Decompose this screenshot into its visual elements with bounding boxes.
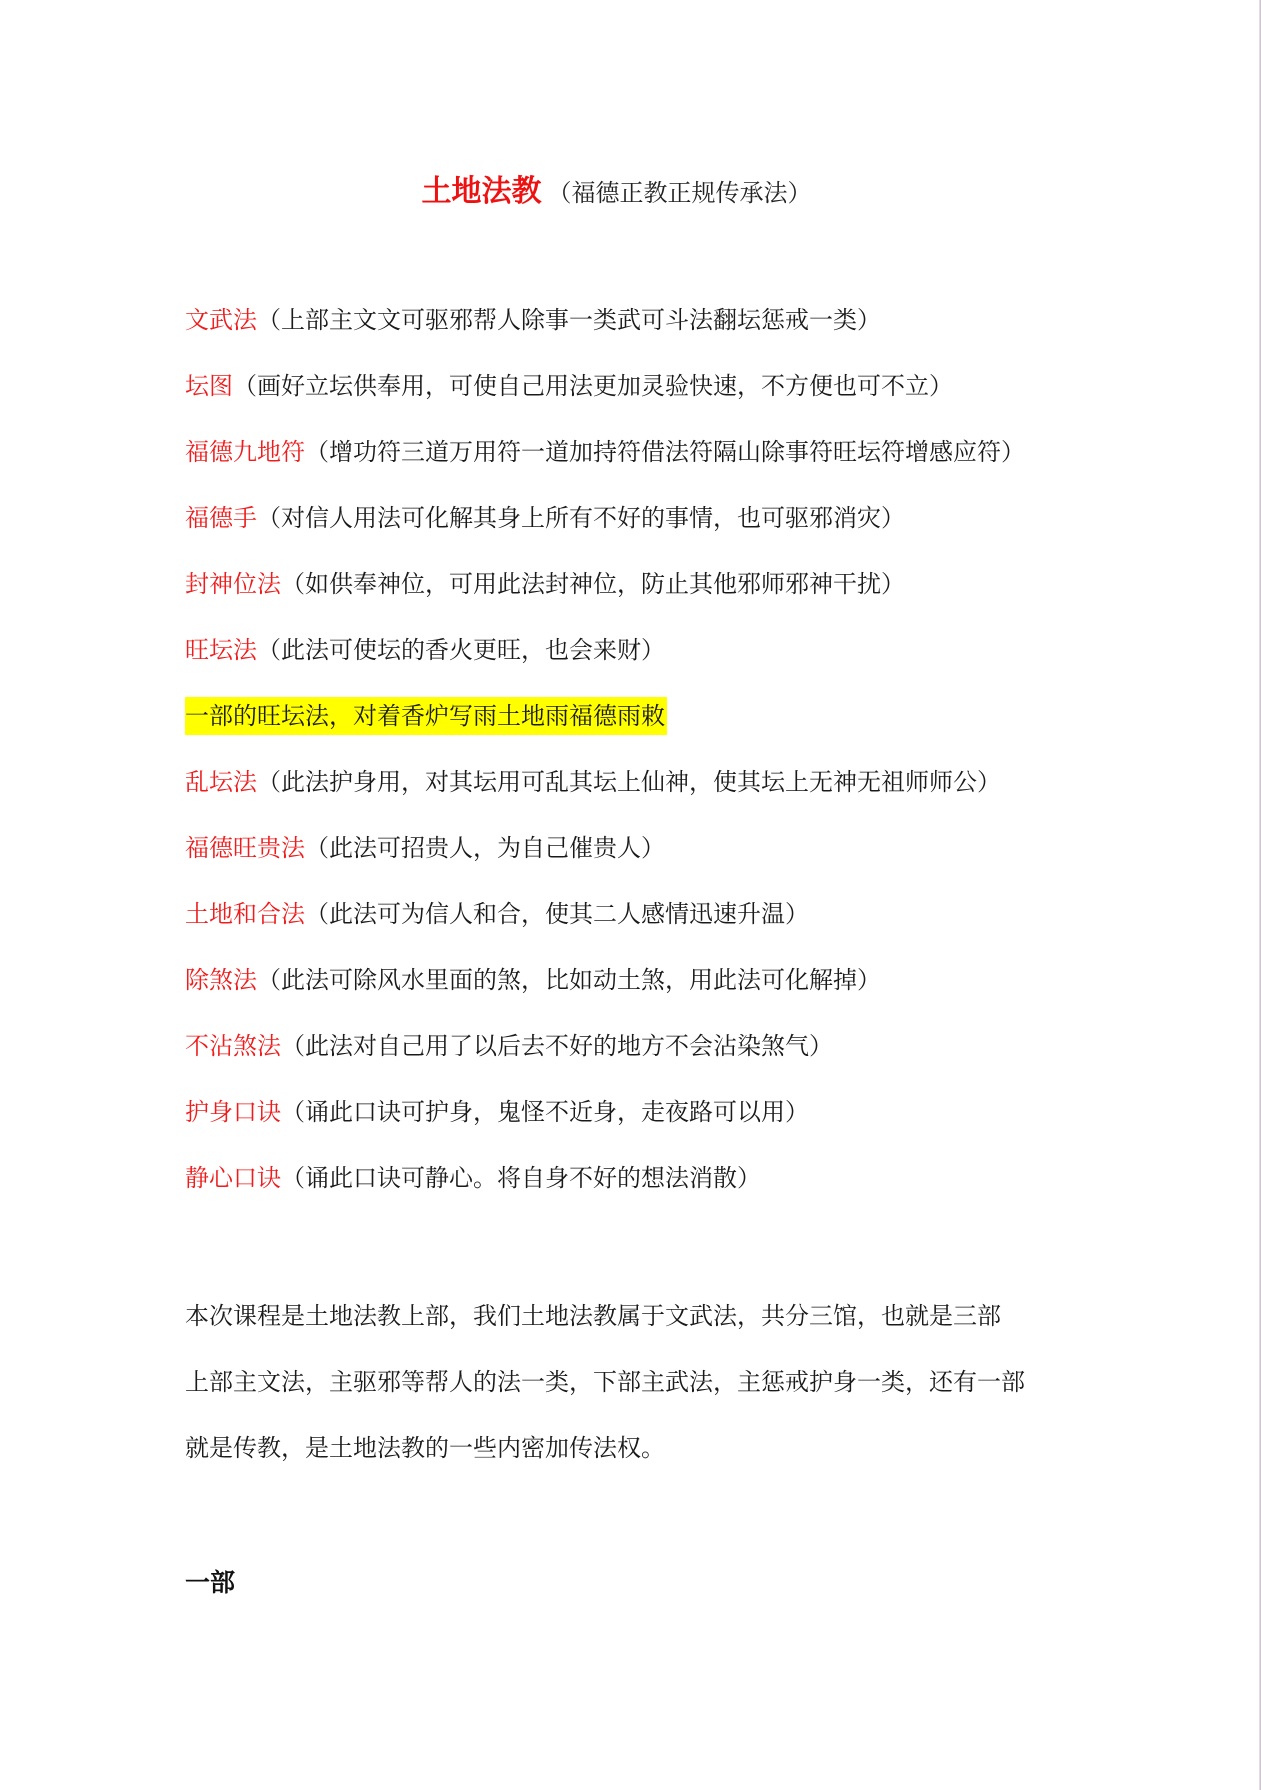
item-name: 福德九地符 — [185, 438, 305, 466]
section-heading: 一部 — [185, 1563, 235, 1599]
list-item-luantan: 乱坛法（此法护身用，对其坛用可乱其坛上仙神，使其坛上无神无祖师师公） — [185, 764, 1001, 800]
item-name: 旺坛法 — [185, 636, 257, 664]
document-title: 土地法教（福德正教正规传承法） — [0, 166, 1233, 210]
item-desc: （此法可招贵人，为自己催贵人） — [305, 834, 665, 862]
paragraph-line: 就是传教，是土地法教的一些内密加传法权。 — [185, 1430, 665, 1466]
list-item-tantu: 坛图（画好立坛供奉用，可使自己用法更加灵验快速，不方便也可不立） — [185, 368, 953, 404]
list-item-fude-shou: 福德手（对信人用法可化解其身上所有不好的事情，也可驱邪消灾） — [185, 500, 905, 536]
item-desc: （此法可为信人和合，使其二人感情迅速升温） — [305, 900, 809, 928]
item-desc: （诵此口诀可护身，鬼怪不近身，走夜路可以用） — [281, 1098, 809, 1126]
list-item-chusha: 除煞法（此法可除风水里面的煞，比如动土煞，用此法可化解掉） — [185, 962, 881, 998]
item-name: 福德旺贵法 — [185, 834, 305, 862]
list-item-hushen-koujue: 护身口诀（诵此口诀可护身，鬼怪不近身，走夜路可以用） — [185, 1094, 809, 1130]
list-item-fude-wanggui: 福德旺贵法（此法可招贵人，为自己催贵人） — [185, 830, 665, 866]
item-name: 福德手 — [185, 504, 257, 532]
title-subtitle: （福德正教正规传承法） — [548, 179, 812, 207]
item-desc: （此法护身用，对其坛用可乱其坛上仙神，使其坛上无神无祖师师公） — [257, 768, 1001, 796]
item-name: 不沾煞法 — [185, 1032, 281, 1060]
item-desc: （此法对自己用了以后去不好的地方不会沾染煞气） — [281, 1032, 833, 1060]
list-item-tudi-hehe: 土地和合法（此法可为信人和合，使其二人感情迅速升温） — [185, 896, 809, 932]
item-name: 坛图 — [185, 372, 233, 400]
item-desc: （此法可除风水里面的煞，比如动土煞，用此法可化解掉） — [257, 966, 881, 994]
item-desc: （上部主文文可驱邪帮人除事一类武可斗法翻坛惩戒一类） — [257, 306, 881, 334]
list-item-wenwu: 文武法（上部主文文可驱邪帮人除事一类武可斗法翻坛惩戒一类） — [185, 302, 881, 338]
list-item-fude-jiudi-fu: 福德九地符（增功符三道万用符一道加持符借法符隔山除事符旺坛符增感应符） — [185, 434, 1025, 470]
list-item-fengshenwei: 封神位法（如供奉神位，可用此法封神位，防止其他邪师邪神干扰） — [185, 566, 905, 602]
item-desc: （诵此口诀可静心。将自身不好的想法消散） — [281, 1164, 761, 1192]
list-item-buzhansha: 不沾煞法（此法对自己用了以后去不好的地方不会沾染煞气） — [185, 1028, 833, 1064]
title-main: 土地法教 — [422, 174, 542, 209]
list-item-wangtan: 旺坛法（此法可使坛的香火更旺，也会来财） — [185, 632, 665, 668]
item-name: 文武法 — [185, 306, 257, 334]
item-desc: （如供奉神位，可用此法封神位，防止其他邪师邪神干扰） — [281, 570, 905, 598]
item-desc: （增功符三道万用符一道加持符借法符隔山除事符旺坛符增感应符） — [305, 438, 1025, 466]
highlighted-note: 一部的旺坛法，对着香炉写雨土地雨福德雨敕 — [185, 697, 667, 735]
item-name: 乱坛法 — [185, 768, 257, 796]
list-item-jingxin-koujue: 静心口诀（诵此口诀可静心。将自身不好的想法消散） — [185, 1160, 761, 1196]
item-name: 除煞法 — [185, 966, 257, 994]
item-name: 封神位法 — [185, 570, 281, 598]
item-desc: （画好立坛供奉用，可使自己用法更加灵验快速，不方便也可不立） — [233, 372, 953, 400]
item-desc: （对信人用法可化解其身上所有不好的事情，也可驱邪消灾） — [257, 504, 905, 532]
paragraph-line: 本次课程是土地法教上部，我们土地法教属于文武法，共分三馆，也就是三部 — [185, 1298, 1001, 1334]
paragraph-line: 上部主文法，主驱邪等帮人的法一类，下部主武法，主惩戒护身一类，还有一部 — [185, 1364, 1025, 1400]
item-name: 静心口诀 — [185, 1164, 281, 1192]
item-name: 土地和合法 — [185, 900, 305, 928]
item-name: 护身口诀 — [185, 1098, 281, 1126]
item-desc: （此法可使坛的香火更旺，也会来财） — [257, 636, 665, 664]
